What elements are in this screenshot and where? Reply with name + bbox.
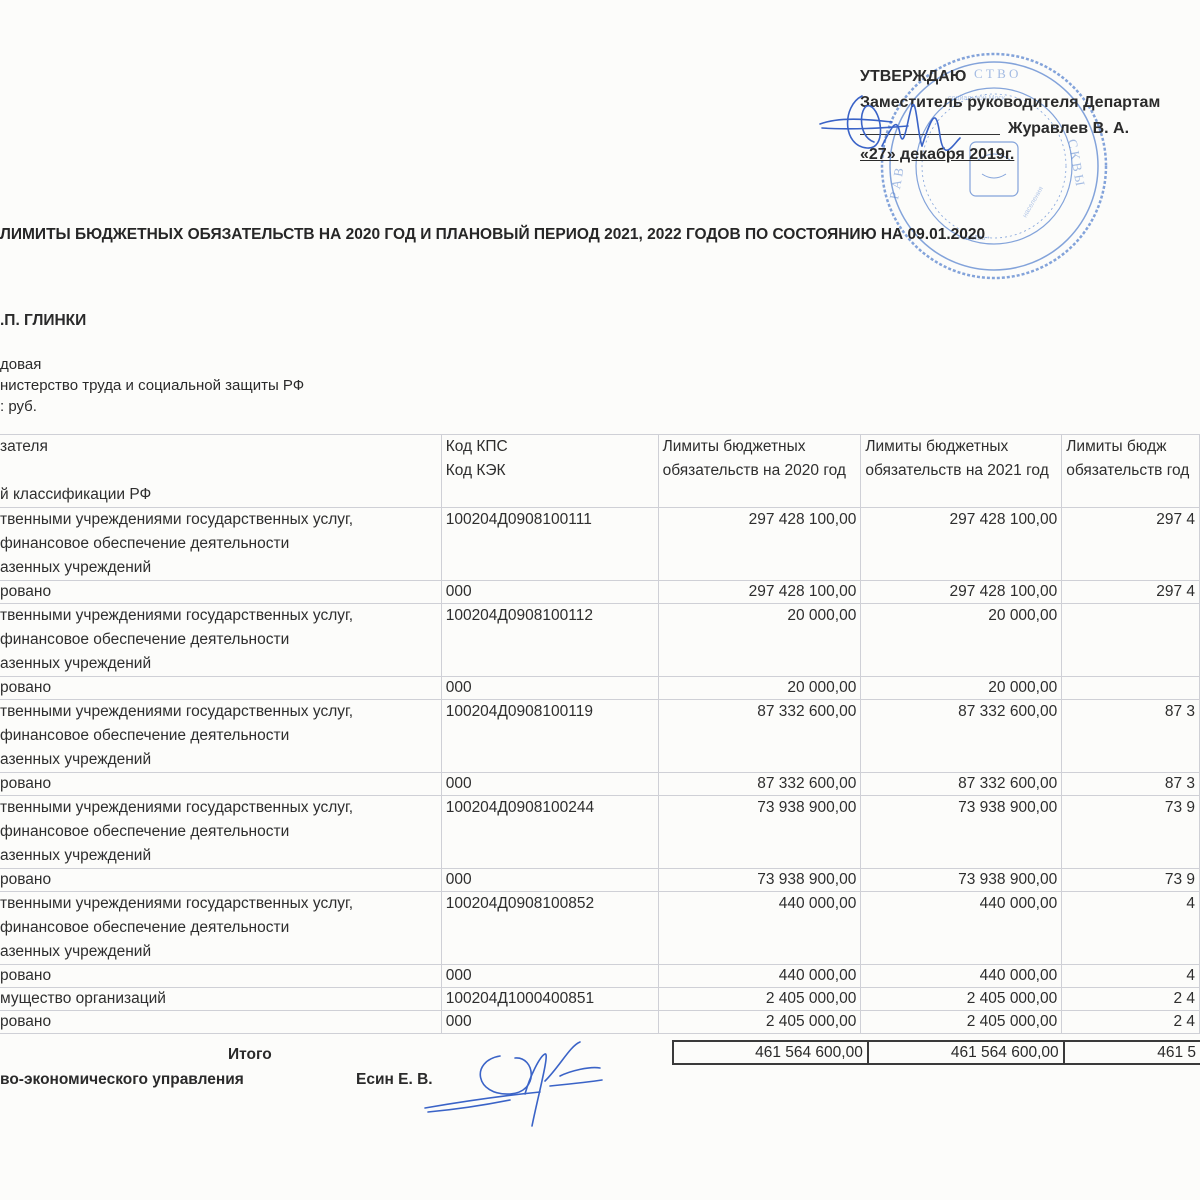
row-name: твенными учреждениями государственных ус… [0,604,441,677]
row-name-line: финансовое обеспечение деятельности [0,532,437,556]
row-name-line: твенными учреждениями государственных ус… [0,508,437,532]
row-name: твенными учреждениями государственных ус… [0,700,441,773]
approval-block: УТВЕРЖДАЮ Заместитель руководителя Депар… [860,64,1160,168]
approver-position: Заместитель руководителя Департам [860,90,1160,116]
row-name: твенными учреждениями государственных ус… [0,892,441,965]
header-2020: Лимиты бюджетных обязательств на 2020 го… [658,435,861,508]
row-name: твенными учреждениями государственных ус… [0,508,441,581]
row-code: 100204Д0908100119 [441,700,658,773]
table-row: твенными учреждениями государственных ус… [0,892,1200,965]
header-codes: Код КПС Код КЭК [441,435,658,508]
row-value-2020: 297 428 100,00 [658,508,861,581]
row-name: ровано [0,581,441,604]
row-value-2021: 87 332 600,00 [861,773,1062,796]
row-value-2021: 440 000,00 [861,965,1062,988]
row-name-line: финансовое обеспечение деятельности [0,628,437,652]
row-code: 000 [441,581,658,604]
row-value-2021: 2 405 000,00 [861,988,1062,1011]
table-row: мущество организаций100204Д10004008512 4… [0,988,1200,1011]
row-value-2021: 297 428 100,00 [861,508,1062,581]
row-value-2020: 440 000,00 [658,965,861,988]
row-value-2021: 20 000,00 [861,677,1062,700]
totals-row: 461 564 600,00 461 564 600,00 461 5 [673,1041,1200,1064]
row-name-line: азенных учреждений [0,748,437,772]
row-name: ровано [0,677,441,700]
header-indicator: зателя й классификации РФ [0,435,441,508]
table-row: твенными учреждениями государственных ус… [0,796,1200,869]
header-kek: Код КЭК [446,459,654,483]
header-kps: Код КПС [446,435,654,459]
row-value-2020: 2 405 000,00 [658,988,861,1011]
row-value-2022: 87 3 [1062,700,1200,773]
row-value-2022: 73 9 [1062,869,1200,892]
approval-date: «27» декабря 2019г. [860,142,1160,168]
approval-heading: УТВЕРЖДАЮ [860,64,1160,90]
table-header: зателя й классификации РФ Код КПС Код КЭ… [0,435,1200,508]
row-name-line: твенными учреждениями государственных ус… [0,892,437,916]
row-value-2020: 2 405 000,00 [658,1011,861,1034]
document-title: ЛИМИТЫ БЮДЖЕТНЫХ ОБЯЗАТЕЛЬСТВ НА 2020 ГО… [0,226,985,244]
header-indicator-line1: зателя [0,435,437,459]
limits-table: зателя й классификации РФ Код КПС Код КЭ… [0,434,1200,1034]
row-code: 100204Д0908100112 [441,604,658,677]
row-value-2022 [1062,677,1200,700]
row-value-2021: 87 332 600,00 [861,700,1062,773]
row-name-line: финансовое обеспечение деятельности [0,820,437,844]
row-value-2022: 4 [1062,965,1200,988]
row-value-2020: 73 938 900,00 [658,796,861,869]
row-name: ровано [0,869,441,892]
total-2021: 461 564 600,00 [868,1041,1064,1064]
table-subtotal-row: ровано00073 938 900,0073 938 900,0073 9 [0,869,1200,892]
row-value-2021: 297 428 100,00 [861,581,1062,604]
row-name: ровано [0,1011,441,1034]
row-name-line: твенными учреждениями государственных ус… [0,604,437,628]
row-name: мущество организаций [0,988,441,1011]
table-subtotal-row: ровано000297 428 100,00297 428 100,00297… [0,581,1200,604]
svg-text:Р А В: Р А В [886,166,906,200]
row-name-line: азенных учреждений [0,940,437,964]
row-code: 100204Д1000400851 [441,988,658,1011]
row-name-line: азенных учреждений [0,556,437,580]
row-name-line: финансовое обеспечение деятельности [0,916,437,940]
row-name-line: финансовое обеспечение деятельности [0,724,437,748]
row-code: 100204Д0908100244 [441,796,658,869]
row-code: 100204Д0908100852 [441,892,658,965]
row-value-2020: 73 938 900,00 [658,869,861,892]
document-meta: довая нистерство труда и социальной защи… [0,354,304,417]
approver-name: Журавлев В. А. [1008,120,1129,137]
row-value-2020: 87 332 600,00 [658,773,861,796]
row-value-2022: 4 [1062,892,1200,965]
row-value-2022: 2 4 [1062,988,1200,1011]
meta-line-ministry: нистерство труда и социальной защиты РФ [0,375,304,396]
table-subtotal-row: ровано0002 405 000,002 405 000,002 4 [0,1011,1200,1034]
row-code: 000 [441,677,658,700]
footer-signer-name: Есин Е. В. [356,1071,433,1089]
organization-name: .П. ГЛИНКИ [0,312,86,330]
header-indicator-line3: й классификации РФ [0,483,437,507]
row-value-2020: 20 000,00 [658,677,861,700]
table-subtotal-row: ровано00087 332 600,0087 332 600,0087 3 [0,773,1200,796]
meta-line-units: : руб. [0,396,304,417]
row-value-2021: 2 405 000,00 [861,1011,1062,1034]
row-code: 000 [441,1011,658,1034]
row-value-2022 [1062,604,1200,677]
row-code: 000 [441,773,658,796]
header-indicator-line2 [0,459,437,483]
row-value-2021: 73 938 900,00 [861,869,1062,892]
row-name: ровано [0,773,441,796]
row-value-2020: 87 332 600,00 [658,700,861,773]
table-row: твенными учреждениями государственных ус… [0,700,1200,773]
footer-role: во-экономического управления [0,1071,244,1089]
totals-label: Итого [228,1046,272,1064]
row-value-2020: 297 428 100,00 [658,581,861,604]
row-name-line: азенных учреждений [0,844,437,868]
signer-signature-icon [420,1036,620,1136]
row-value-2021: 73 938 900,00 [861,796,1062,869]
approver-signer-line: Журавлев В. А. [860,116,1160,142]
row-value-2022: 73 9 [1062,796,1200,869]
row-code: 000 [441,965,658,988]
row-name-line: азенных учреждений [0,652,437,676]
table-subtotal-row: ровано000440 000,00440 000,004 [0,965,1200,988]
row-name-line: твенными учреждениями государственных ус… [0,700,437,724]
document-page: С Т В О С К В Ы Р А В соцйальной Моск • … [0,0,1200,1200]
row-value-2020: 20 000,00 [658,604,861,677]
total-2020: 461 564 600,00 [673,1041,868,1064]
total-2022: 461 5 [1064,1041,1200,1064]
table-subtotal-row: ровано00020 000,0020 000,00 [0,677,1200,700]
svg-text:населения: населения [1022,185,1045,219]
row-value-2021: 440 000,00 [861,892,1062,965]
row-name: твенными учреждениями государственных ус… [0,796,441,869]
row-value-2020: 440 000,00 [658,892,861,965]
table-body: твенными учреждениями государственных ус… [0,508,1200,1034]
row-value-2021: 20 000,00 [861,604,1062,677]
row-name: ровано [0,965,441,988]
row-code: 100204Д0908100111 [441,508,658,581]
row-name-line: твенными учреждениями государственных ус… [0,796,437,820]
row-value-2022: 297 4 [1062,581,1200,604]
signature-line [860,134,1000,135]
totals-table: 461 564 600,00 461 564 600,00 461 5 [672,1040,1200,1065]
row-value-2022: 297 4 [1062,508,1200,581]
row-value-2022: 87 3 [1062,773,1200,796]
meta-line-type: довая [0,354,304,375]
row-value-2022: 2 4 [1062,1011,1200,1034]
row-code: 000 [441,869,658,892]
table-row: твенными учреждениями государственных ус… [0,508,1200,581]
header-2021: Лимиты бюджетных обязательств на 2021 го… [861,435,1062,508]
header-2022: Лимиты бюдж обязательств год [1062,435,1200,508]
table-row: твенными учреждениями государственных ус… [0,604,1200,677]
